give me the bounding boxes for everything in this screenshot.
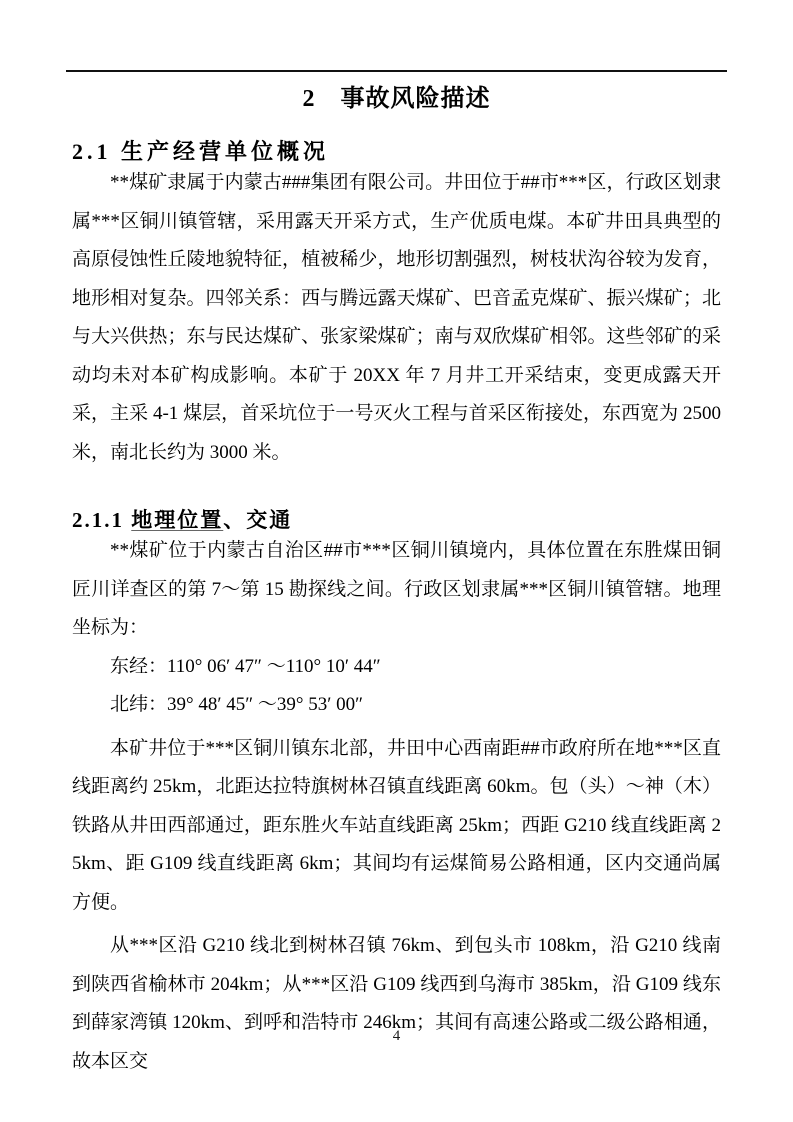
- heading-underlined-text: 地理位置: [131, 508, 223, 532]
- coordinate-north-latitude: 北纬：39° 48′ 45″ ～39° 53′ 00″: [72, 686, 721, 725]
- page-number: 4: [0, 1027, 793, 1045]
- header-rule: [66, 70, 727, 72]
- document-page: 2 事故风险描述 2.1 生产经营单位概况 **煤矿隶属于内蒙古###集团有限公…: [0, 0, 793, 1122]
- paragraph-roads: 从***区沿 G210 线北到树林召镇 76km、到包头市 108km，沿 G2…: [72, 927, 721, 1081]
- chapter-title: 2 事故风险描述: [72, 84, 721, 114]
- section-heading-location: 2.1.1 地理位置、交通: [72, 508, 721, 532]
- paragraph-overview: **煤矿隶属于内蒙古###集团有限公司。井田位于##市***区，行政区划隶属**…: [72, 164, 721, 472]
- coordinate-east-longitude: 东经：110° 06′ 47″ ～110° 10′ 44″: [72, 648, 721, 687]
- heading-rest-text: 、交通: [223, 508, 292, 532]
- heading-number: 2.1.1: [72, 508, 131, 532]
- section-heading-overview: 2.1 生产经营单位概况: [72, 140, 721, 164]
- paragraph-distances: 本矿井位于***区铜川镇东北部，井田中心西南距##市政府所在地***区直线距离约…: [72, 730, 721, 923]
- paragraph-location-intro: **煤矿位于内蒙古自治区##市***区铜川镇境内，具体位置在东胜煤田铜匠川详查区…: [72, 532, 721, 648]
- page-content: 2 事故风险描述 2.1 生产经营单位概况 **煤矿隶属于内蒙古###集团有限公…: [72, 84, 721, 1081]
